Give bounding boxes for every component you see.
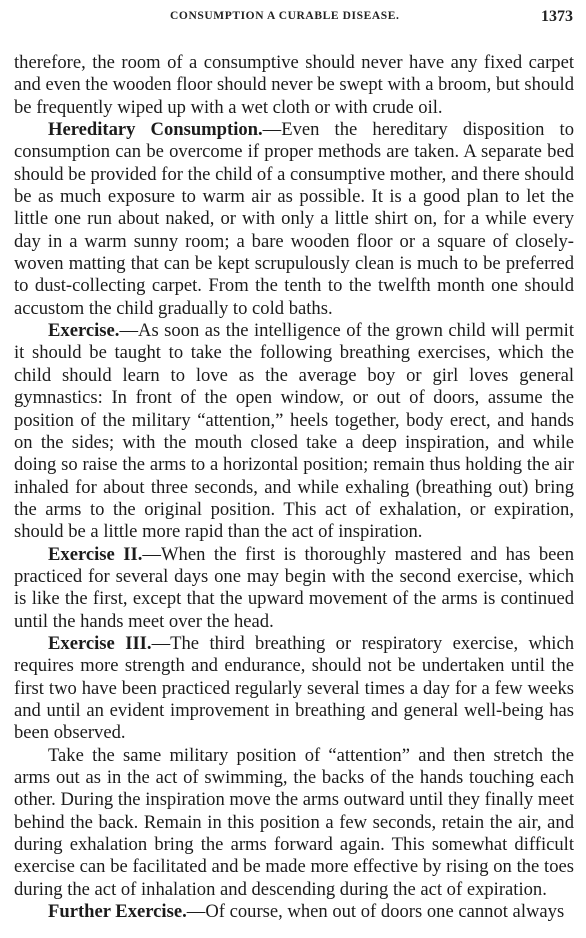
paragraph-heading: Hereditary Consumption. <box>48 119 263 140</box>
paragraph-heading: Further Exercise. <box>48 901 187 922</box>
paragraph-heading: Exercise III. <box>48 633 152 654</box>
paragraph-text: —Of course, when out of doors one cannot… <box>187 901 564 922</box>
running-title: Consumption a Curable Disease. <box>170 10 400 22</box>
paragraph-further-exercise: Further Exercise.—Of course, when out of… <box>14 901 574 923</box>
paragraph-text: —As soon as the intelligence of the grow… <box>14 320 574 542</box>
running-head: Consumption a Curable Disease. 1373 <box>0 8 586 30</box>
paragraph-text: therefore, the room of a consumptive sho… <box>14 52 574 118</box>
paragraph-heading: Exercise. <box>48 320 119 341</box>
paragraph-hereditary-consumption: Hereditary Consumption.—Even the heredit… <box>14 119 574 320</box>
paragraph-text: Take the same military position of “atte… <box>14 745 574 900</box>
paragraph-exercise-iii: Exercise III.—The third breathing or res… <box>14 633 574 745</box>
paragraph-heading: Exercise II. <box>48 544 142 565</box>
paragraph-text: —Even the hereditary disposition to cons… <box>14 119 574 319</box>
paragraph-exercise-ii: Exercise II.—When the first is thoroughl… <box>14 544 574 633</box>
page-number: 1373 <box>541 8 573 26</box>
paragraph-swimming-exercise: Take the same military position of “atte… <box>14 745 574 901</box>
body-text: therefore, the room of a consumptive sho… <box>14 52 574 923</box>
paragraph-exercise: Exercise.—As soon as the intelligence of… <box>14 320 574 543</box>
paragraph-continuation: therefore, the room of a consumptive sho… <box>14 52 574 119</box>
